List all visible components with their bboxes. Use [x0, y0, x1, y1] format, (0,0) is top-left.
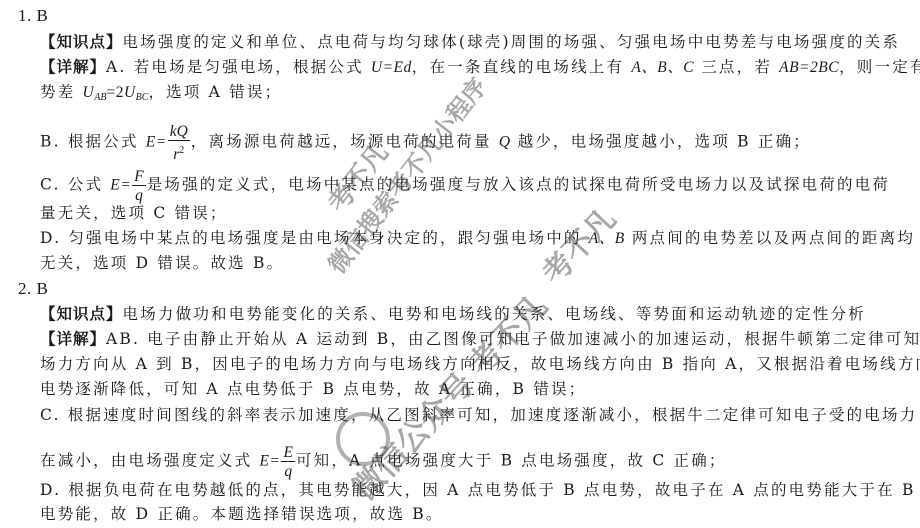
q1-b-text-post: 越少，电场强度越小，选项 B 正确； — [511, 133, 811, 151]
q1-b-E: E= — [146, 134, 167, 151]
q1-a-points: A、B、C — [631, 59, 694, 76]
q2-knowledge-tag: 【知识点】 — [40, 305, 123, 323]
q2-detail-line-c1: C. 根据速度时间图线的斜率表示加速度，从乙图斜率可知，加速度逐渐减小，根据牛二… — [40, 405, 917, 425]
q1-a-text: A. 若电场是匀强电场，根据公式 — [106, 58, 371, 76]
q1-d-text: D. 匀强电场中某点的电场强度是由电场本身决定的，跟匀强电场中的 — [40, 229, 589, 247]
q1-number: 1. B — [18, 6, 48, 26]
q1-b-fraction: kQr2 — [168, 123, 190, 164]
q1-a-text-mid: ，在一条直线的电场线上有 — [412, 58, 632, 76]
q1-a2-text: 势差 — [40, 83, 83, 101]
q1-d-points: A、B — [589, 230, 625, 247]
q2-detail-line-ab2: 场力方向从 A 到 B，因电子的电场力方向与电场线方向相反，故电场线方向由 B … — [40, 354, 920, 374]
q1-detail-line-c1: C. 公式 E=Fq是场强的定义式，电场中某点的电场强度与放入该点的试探电荷所受… — [40, 167, 890, 204]
q1-c-text-post: 是场强的定义式，电场中某点的电场强度与放入该点的试探电荷所受电场力以及试探电荷的… — [147, 176, 890, 194]
q1-detail-tag: 【详解】 — [40, 58, 106, 76]
q1-detail-line-a2: 势差 UAB=2UBC，选项 A 错误； — [40, 82, 282, 108]
q1-knowledge-text: 电场强度的定义和单位、点电荷与均匀球体(球壳)周围的场强、匀强电场中电势差与电场… — [123, 33, 901, 51]
q1-knowledge-line: 【知识点】电场强度的定义和单位、点电荷与均匀球体(球壳)周围的场强、匀强电场中电… — [40, 32, 900, 52]
q1-u-bc: UBC — [124, 84, 148, 101]
q1-detail-line-d1: D. 匀强电场中某点的电场强度是由电场本身决定的，跟匀强电场中的 A、B 两点间… — [40, 228, 915, 249]
q1-a-formula: U=Ed — [371, 59, 412, 76]
q1-d-text-post: 两点间的电势差以及两点间的距离均 — [625, 229, 915, 247]
q1-b-Q: Q — [499, 134, 511, 151]
q1-b-text-mid: ，离场源电荷越远，场源电荷的电荷量 — [191, 133, 499, 151]
q1-c-E: E= — [110, 177, 131, 194]
q1-b-text: B. 根据公式 — [40, 133, 146, 151]
q1-c-fraction: Fq — [132, 168, 145, 205]
q2-detail-tag: 【详解】 — [40, 330, 106, 348]
q2-detail-line-d2: 电势能，故 D 正确。本题选择错误选项，故选 B。 — [40, 504, 444, 524]
q1-a-text-post: ，则一定有电 — [839, 58, 920, 76]
q2-c-text-post: 可知，A 点电场强度大于 B 点电场强度，故 C 正确； — [296, 452, 727, 470]
q1-a-text-mid2: 三点，若 — [694, 58, 779, 76]
q1-eq: =2 — [106, 84, 124, 101]
q2-detail-line-ab1: 【详解】AB. 电子由静止开始从 A 运动到 B，由乙图像可知电子做加速减小的加… — [40, 329, 920, 349]
q1-knowledge-tag: 【知识点】 — [40, 33, 123, 51]
q2-c-fraction: Eq — [281, 444, 294, 481]
q2-detail-line-c2: 在减小，由电场强度定义式 E=Eq可知，A 点电场强度大于 B 点电场强度，故 … — [40, 443, 727, 480]
q1-c-text: C. 公式 — [40, 176, 110, 194]
q2-c-E: E= — [260, 453, 281, 470]
q1-detail-line-c2: 量无关，选项 C 错误； — [40, 203, 228, 223]
answer-explanation-page: 1. B 【知识点】电场强度的定义和单位、点电荷与均匀球体(球壳)周围的场强、匀… — [0, 0, 920, 528]
q1-detail-line-d2: 无关，选项 D 错误。故选 B。 — [40, 253, 284, 273]
q2-detail-line-d1: D. 根据负电荷在电势越低的点，其电势能越大，因 A 点电势低于 B 点电势，故… — [40, 480, 920, 500]
q2-ab-text-1: AB. 电子由静止开始从 A 运动到 B，由乙图像可知电子做加速减小的加速运动，… — [106, 330, 920, 348]
q1-a2-text-post: ，选项 A 错误； — [148, 83, 282, 101]
q2-number: 2. B — [18, 279, 48, 299]
q1-detail-line-b: B. 根据公式 E=kQr2，离场源电荷越远，场源电荷的电荷量 Q 越少，电场强… — [40, 122, 811, 163]
q2-knowledge-line: 【知识点】电场力做功和电势能变化的关系、电势和电场线的关系、电场线、等势面和运动… — [40, 304, 866, 324]
q1-detail-line-a1: 【详解】A. 若电场是匀强电场，根据公式 U=Ed，在一条直线的电场线上有 A、… — [40, 57, 920, 78]
q1-a-condition: AB=2BC — [779, 59, 839, 76]
q2-detail-line-ab3: 电势逐渐降低，可知 A 点电势低于 B 点电势，故 A 正确，B 错误； — [40, 379, 586, 399]
q1-u-ab: UAB — [83, 84, 107, 101]
q2-c-text: 在减小，由电场强度定义式 — [40, 452, 260, 470]
q2-knowledge-text: 电场力做功和电势能变化的关系、电势和电场线的关系、电场线、等势面和运动轨迹的定性… — [123, 305, 866, 323]
